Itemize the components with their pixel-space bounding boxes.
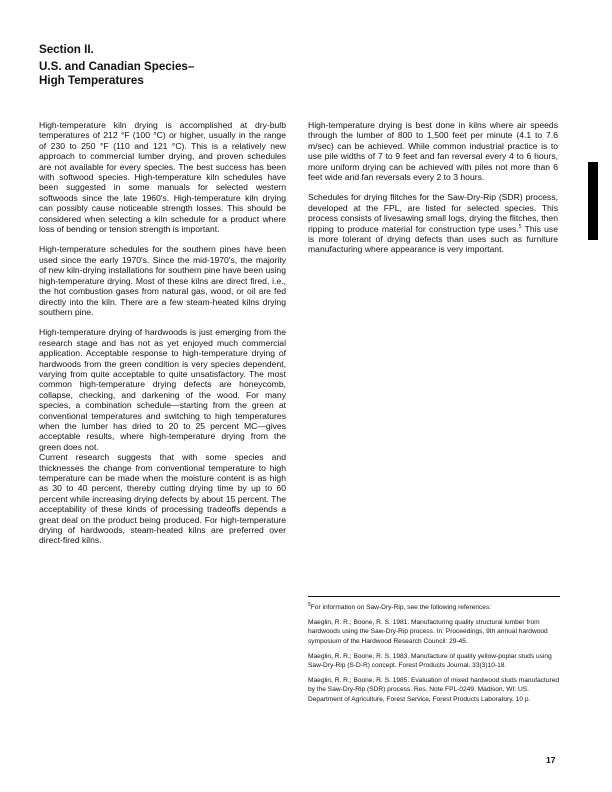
paragraph: High-temperature kiln drying is accompli… bbox=[39, 120, 286, 234]
footnote-intro: 5For information on Saw-Dry-Rip, see the… bbox=[308, 603, 560, 612]
paragraph: High-temperature drying is best done in … bbox=[308, 120, 558, 182]
section-title-line1: U.S. and Canadian Species– bbox=[39, 60, 194, 74]
right-column: High-temperature drying is best done in … bbox=[308, 120, 558, 265]
reference-item: Maeglin, R. R.; Boone, R. S. 1981. Manuf… bbox=[308, 618, 560, 646]
page-number: 17 bbox=[546, 755, 556, 765]
footnote-divider bbox=[308, 596, 560, 597]
reference-item: Maeglin, R. R.; Boone, R. S. 1983. Manuf… bbox=[308, 652, 560, 670]
sdr-paragraph: Schedules for drying flitches for the Sa… bbox=[308, 192, 558, 254]
reference-item: Maeglin, R. R.; Boone, R. S. 1985. Evalu… bbox=[308, 676, 560, 704]
section-label: Section II. bbox=[39, 43, 194, 57]
paragraph: Current research suggests that with some… bbox=[39, 452, 286, 546]
left-column: High-temperature kiln drying is accompli… bbox=[39, 120, 286, 556]
paragraph: High-temperature schedules for the south… bbox=[39, 244, 286, 317]
footnote-intro-text: For information on Saw-Dry-Rip, see the … bbox=[311, 604, 491, 611]
paragraph: High-temperature drying of hardwoods is … bbox=[39, 327, 286, 452]
section-tab-marker bbox=[588, 162, 598, 240]
footnote-block: 5For information on Saw-Dry-Rip, see the… bbox=[308, 603, 560, 710]
section-heading: Section II. U.S. and Canadian Species– H… bbox=[39, 43, 194, 88]
section-title-line2: High Temperatures bbox=[39, 74, 194, 88]
